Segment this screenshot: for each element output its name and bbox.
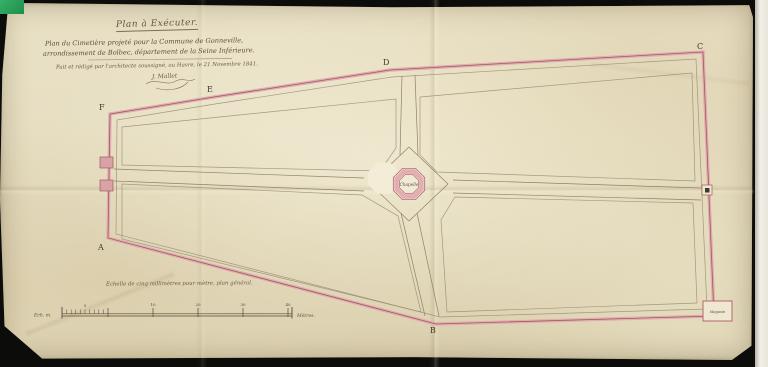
plan-point-label-b: B [430,326,436,335]
scale-left-label: Ech. m. [33,313,52,319]
scale-bar-numbers: 5 10 20 30 40 [84,302,291,308]
path-north-right-edge [415,75,418,155]
plot-bottom-left [122,184,421,312]
east-wall-marker [702,185,712,195]
scale-bar-rails [62,314,292,316]
plan-point-label-f: F [99,103,105,112]
gate-pillar-north [100,157,113,168]
plan-title: Plan à Exécuter. [116,18,198,32]
green-calibration-patch [0,0,24,14]
path-south-left-edge [401,213,425,316]
entrance-gates [100,157,113,191]
building-label: Magasin [709,310,726,314]
plan-point-label-e: E [207,85,213,94]
path-west-top-edge [114,169,364,178]
scale-caption: Echelle de cinq millimètres pour mètre, … [106,280,253,287]
path-east-top-edge [453,180,701,188]
description-underline [88,59,232,60]
scale-tick-label: 10 [150,302,156,307]
plan-point-label-c: C [697,42,703,51]
scale-unit-label: Mètres. [296,312,316,319]
plan-point-label-d: D [383,58,389,67]
scale-tick-label: 30 [240,302,246,307]
plot-top-left [122,99,396,171]
scanned-plan-document: Plan à Exécuter. Plan du Cimetière proje… [0,0,768,367]
signature-flourish [146,79,195,90]
corner-building: Magasin [703,301,732,321]
gate-pillar-south [100,180,113,191]
scale-bar-endcaps [62,307,292,319]
path-east-bottom-edge [453,193,701,200]
scale-bar: 5 10 20 30 40 Ech. m. Mètres. [33,302,316,319]
plot-top-right [420,73,695,181]
plot-bottom-right [441,197,697,312]
east-gate-mark [705,188,710,193]
scale-tick-label: 20 [195,302,201,307]
path-north-left-edge [400,76,402,155]
scale-tick-label: 5 [84,303,87,308]
path-south-right-edge [417,213,439,316]
octagon-center-label: Chapelle [400,182,419,187]
architect-signature: J. Mallet [152,73,178,81]
scale-tick-label: 40 [285,302,291,307]
central-octagon: Chapelle [368,163,425,200]
scale-bar-minor-ticks [67,310,104,315]
plan-point-label-a: A [97,243,104,252]
